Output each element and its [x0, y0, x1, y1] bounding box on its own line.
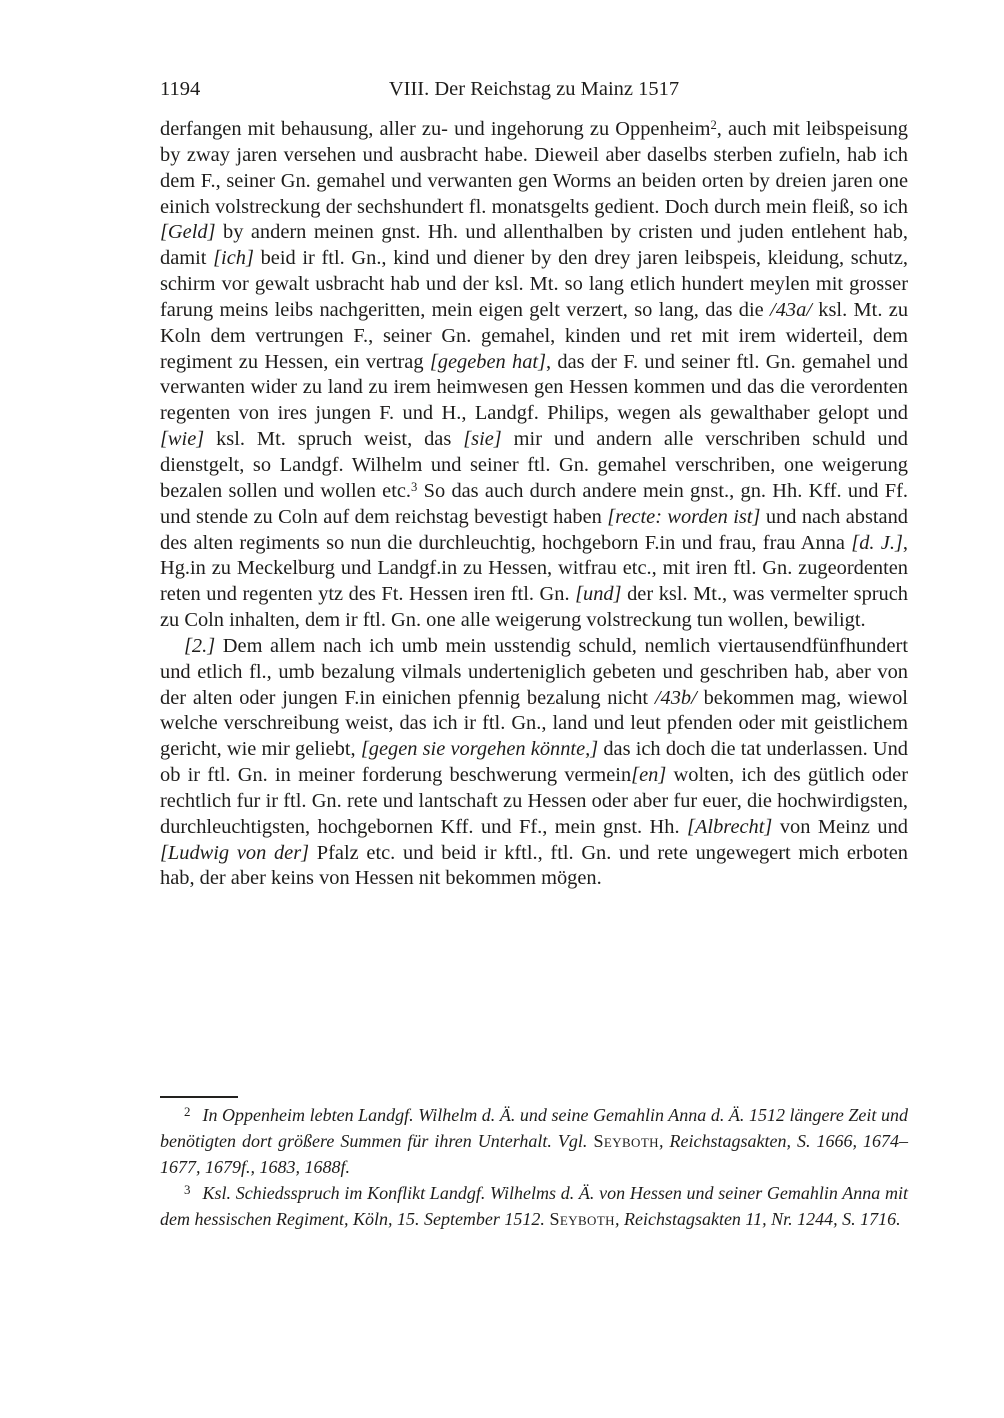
- text-segment: [wie]: [160, 428, 204, 450]
- footnotes-block: 2In Oppenheim lebten Landgf. Wilhelm d. …: [160, 1102, 908, 1232]
- text-segment: [gegen sie vorgehen könnte,]: [361, 738, 598, 760]
- page-number: 1194: [160, 76, 200, 102]
- text-segment: [und]: [575, 583, 621, 605]
- text-segment: [recte: worden ist]: [607, 506, 760, 528]
- text-segment: [en]: [631, 764, 666, 786]
- text-segment: [2.]: [184, 635, 215, 657]
- text-segment: derfangen mit behausung, aller zu- und i…: [160, 118, 710, 140]
- footnote: 3Ksl. Schiedsspruch im Konflikt Landgf. …: [160, 1180, 908, 1232]
- paragraph: derfangen mit behausung, aller zu- und i…: [160, 117, 908, 634]
- footnote: 2In Oppenheim lebten Landgf. Wilhelm d. …: [160, 1102, 908, 1180]
- text-segment: [Ludwig von der]: [160, 842, 309, 864]
- text-segment: [sie]: [463, 428, 502, 450]
- author-smallcaps: Seyboth: [549, 1209, 615, 1229]
- text-segment: [d. J.]: [851, 532, 903, 554]
- book-page: 1194 VIII. Der Reichstag zu Mainz 1517 d…: [0, 0, 1004, 1418]
- text-segment: [Geld]: [160, 221, 216, 243]
- text-segment: [Albrecht]: [687, 816, 772, 838]
- text-segment: /43b/: [655, 687, 697, 709]
- text-segment: ksl. Mt. spruch weist, das: [204, 428, 463, 450]
- running-title: VIII. Der Reichstag zu Mainz 1517: [160, 76, 908, 102]
- text-segment: [gegeben hat]: [430, 351, 546, 373]
- footnote-reference: 2: [710, 118, 716, 132]
- main-text-block: derfangen mit behausung, aller zu- und i…: [160, 117, 908, 892]
- author-smallcaps: Seyboth: [593, 1131, 659, 1151]
- text-segment: [ich]: [213, 247, 254, 269]
- footnote-marker: 3: [184, 1182, 190, 1197]
- text-segment: von Meinz und: [772, 816, 908, 838]
- footnote-separator-rule: [160, 1096, 238, 1098]
- page-header: 1194 VIII. Der Reichstag zu Mainz 1517: [160, 76, 908, 106]
- text-segment: /43a/: [770, 299, 812, 321]
- paragraph: [2.] Dem allem nach ich umb mein usstend…: [160, 634, 908, 892]
- footnote-reference: 3: [411, 480, 417, 494]
- text-segment: , Reichstagsakten 11, Nr. 1244, S. 1716.: [615, 1209, 901, 1229]
- footnote-marker: 2: [184, 1104, 190, 1119]
